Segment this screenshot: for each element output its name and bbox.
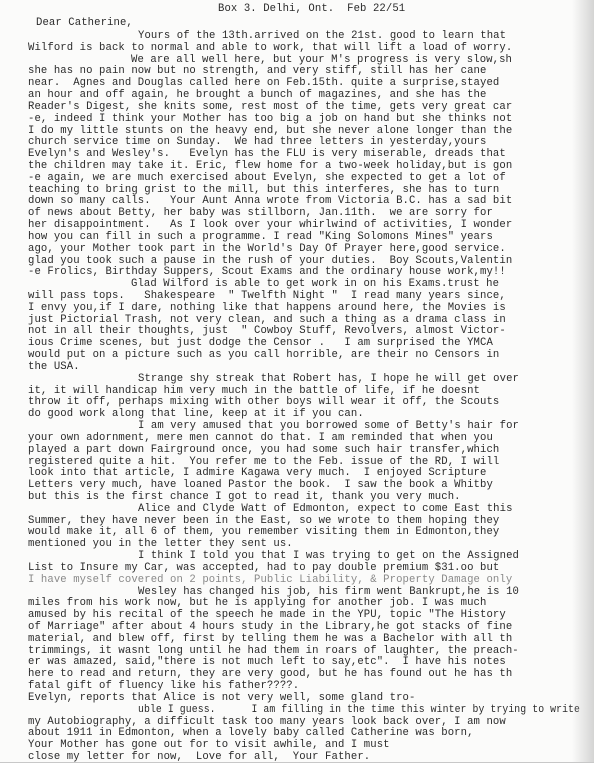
- letter-line: miles from his work now, but he is apply…: [28, 598, 486, 609]
- letter-line: the USA.: [28, 362, 80, 373]
- letter-line: -e again, we are much exercised about Ev…: [28, 173, 506, 184]
- letter-line: Glad Wilford is able to get work in on h…: [131, 279, 499, 290]
- letter-line: the children may take it. Eric, flew hom…: [28, 161, 512, 172]
- letter-line: amused by his recital of the speech he m…: [28, 610, 506, 621]
- letter-line: I envy you,if I dare, nothing like that …: [28, 303, 506, 314]
- letter-line: ious Crime scenes, but just dodge the Ce…: [28, 338, 493, 349]
- letter-line: I have myself covered on 2 points, Publi…: [28, 575, 512, 586]
- page-bottom-edge: [0, 762, 594, 774]
- letter-line: do good work along that line, keep at it…: [28, 409, 364, 420]
- letter-line: how you can fill in such a programme. I …: [28, 232, 493, 243]
- letter-salutation: Dear Catherine,: [36, 17, 133, 29]
- letter-line: but this is the first chance I got to re…: [28, 492, 461, 503]
- letter-line: Alice and Clyde Watt of Edmonton, expect…: [138, 504, 513, 515]
- letter-line: -e Frolics, Birthday Suppers, Scout Exam…: [28, 267, 506, 278]
- letter-line: near. Agnes and Douglas called here on F…: [28, 78, 499, 89]
- letter-line: List to Insure my Car, was accepted, had…: [28, 563, 499, 574]
- letter-line: would make it, all 6 of them, you rememb…: [28, 527, 499, 538]
- letter-line: not in all their thoughts, just " Cowboy…: [28, 326, 506, 337]
- letter-line: played a part down Fairground once, you …: [28, 445, 499, 456]
- letter-line: of Marriage" after about 4 hours study i…: [28, 622, 512, 633]
- letter-line: material, and blew off, first by telling…: [28, 634, 512, 645]
- letter-line: er was amazed, said,"there is not much l…: [28, 657, 506, 668]
- letter-line: here to read and return, they are very g…: [28, 669, 512, 680]
- letter-line: Strange shy streak that Robert has, I ho…: [138, 374, 519, 385]
- letter-line: fatal gift of fluency like his father???…: [28, 681, 299, 692]
- letter-line: Letters very much, have loaned Pastor th…: [28, 480, 493, 491]
- letter-line: Wilford is back to normal and able to wo…: [28, 43, 512, 54]
- letter-line: I am very amused that you borrowed some …: [138, 421, 519, 432]
- letter-line: Evelyn's and Wesley's. Evelyn has the FL…: [28, 149, 506, 160]
- letter-line: about 1911 in Edmonton, when a lovely ba…: [28, 728, 474, 739]
- letter-line: of news about Betty, her baby was stillb…: [28, 208, 493, 219]
- letter-page: Box 3. Delhi, Ont. Feb 22/51 Dear Cather…: [0, 0, 594, 774]
- letter-line: Evelyn, reports that Alice is not very w…: [28, 693, 415, 704]
- letter-line: ago, your Mother took part in the World'…: [28, 244, 506, 255]
- letter-line: look into that article, I admire Kagawa …: [28, 468, 486, 479]
- letter-line: -e, indeed I think your Mother has too b…: [28, 114, 512, 125]
- letter-line: uble I guess. I am filling in the time t…: [138, 705, 580, 716]
- letter-line: throw it off, perhaps mixing with other …: [28, 397, 499, 408]
- letter-line: her disappointment. As I look over your …: [28, 220, 512, 231]
- letter-address: Box 3. Delhi, Ont. Feb 22/51: [218, 3, 405, 15]
- letter-line: an hour and off again, he brought a bunc…: [28, 90, 486, 101]
- letter-line: Reader's Digest, she knits some, rest mo…: [28, 102, 512, 113]
- letter-line: will pass tops. Shakespeare " Twelfth Ni…: [28, 291, 506, 302]
- letter-line: she has no pain now but no strength, and…: [28, 66, 486, 77]
- letter-line: down so many calls. Your Aunt Anna wrote…: [28, 196, 512, 207]
- letter-line: would put on a picture such as you call …: [28, 350, 499, 361]
- letter-line: I think I told you that I was trying to …: [138, 551, 519, 562]
- letter-line: your own adornment, mere men cannot do t…: [28, 433, 493, 444]
- letter-line: mentioned you in the letter they sent us…: [28, 539, 293, 550]
- letter-line: church service time on Sunday. We had th…: [28, 137, 486, 148]
- letter-line: Yours of the 13th.arrived on the 21st. g…: [138, 31, 506, 42]
- letter-line: Your Mother has gone out for to visit aw…: [28, 740, 390, 751]
